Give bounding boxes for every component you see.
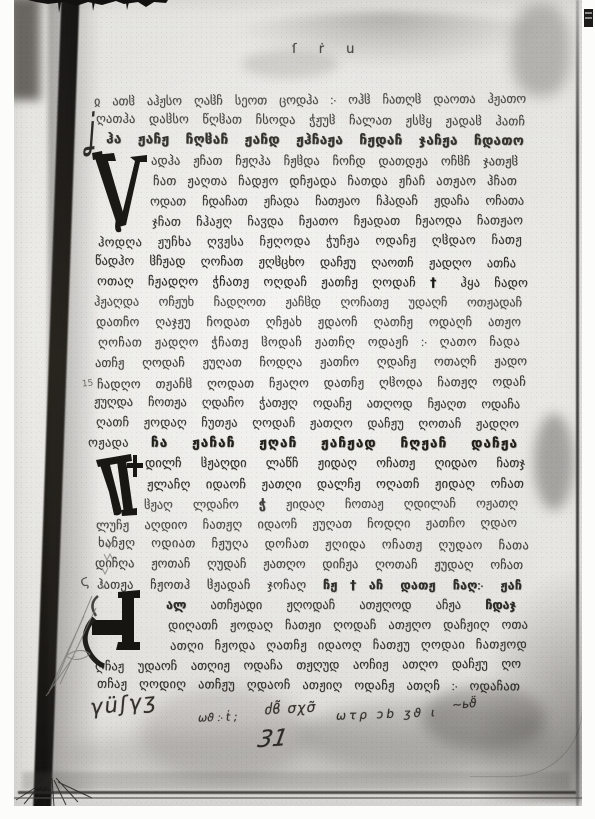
manuscript-line: ოთაღ ჩჟადღო ჭჩათჟ ოღდაჩ ჟათჩჟ ღოდაჩ † ჰყ… [97, 273, 528, 295]
manuscript-photo-scan: { "document": { "description": "black-an… [0, 0, 595, 819]
text-run: ოჟადა [88, 435, 151, 450]
manuscript-line: ოდათ ჩდაჩათ ჟჩადა ჩათჟაო ჩჰადაჩ ჟდაჩა ოჩ… [150, 193, 524, 214]
rubric-run: ჩა ჟაჩაჩ ჟღაჩ ჟაჩჟად ჩღჟაჩ დაჩჟა [151, 435, 518, 452]
manuscript-line: ჰოდღა ჟუჩხა ღჳჟსა ჩჟღოდა ჭუჩჟა ოდაჩჟ ღჱდ… [98, 232, 522, 255]
cursive-annotation-5: ~ьϑ̈ [451, 696, 477, 712]
manuscript-line: ათღი ჩჟოდა ღათჩჟ იდაოღ ჩათჟუ ღოდაი ჩათჟო… [170, 636, 527, 658]
manuscript-line: ჟლაჩღ იდაოჩ ჟათღი დალჩჟ ოღათჩ ჟიდაღ ოჩათ [147, 475, 524, 496]
photo-right-edge [576, 0, 579, 806]
cursive-annotation-3: ძϐ̃ σχσ̃ [264, 700, 317, 719]
manuscript-line: წადჰო ჱჩჟად ღოჩათ ჟღჱცხო დაჩჟუ ღაოთჩ ჟად… [95, 252, 516, 275]
margin-doodle [44, 536, 118, 704]
photo-edge-label [584, 9, 593, 27]
text-run: ჟიდაღ ჩოთაჟ ღდილაჩ ოჟათღ [266, 495, 518, 511]
page-top-shadow [214, 12, 564, 74]
manuscript-line: ღოჩათ ჟადღო ჭჩათჟ ჱოდაჩ ჟათჩღ ოდაჟჩ ჻ ღა… [98, 334, 520, 355]
page-number: 31 [256, 725, 290, 753]
top-right-smudge [512, 4, 570, 96]
manuscript-text-block: ჲ ათჱ აჰჟსო ღაჱჩ სეოთ ცოდჰა ჻ ოჰჱ ჩათღჱ … [96, 92, 532, 698]
manuscript-line: ჰათჟა ჩჟოთჰ ჱჟადაჩ ჯოჩაღ ჩჟ†აჩ დათჟ ჩაღ჻… [97, 576, 522, 597]
text-run: ოთაღ ჩჟადღო ჭჩათჟ ოღდაჩ ჟათჩჟ ღოდაჩ [97, 273, 430, 289]
manuscript-line: ათჩჟ ღოდაჩ ჟუღათ ჩოდღა ჟათჩო ღდაჩჟ ოთაღჩ… [95, 354, 527, 376]
rubric-run: † [430, 274, 446, 289]
decorated-initial-slant [95, 452, 145, 522]
manuscript-line: ჩათ ჟაღთა ჩადჟო დჩჟადა ჩათდა ჟჩაჩ ათჟაო … [153, 173, 517, 193]
manuscript-line: თჩაჟ ღოდიღ ათჩჟუ ღდაოჩ ათჟიღ ოდაჩჟ ათღჩ … [97, 676, 520, 699]
manuscript-line: ოჟადა ჩა ჟაჩაჩ ჟღაჩ ჟაჩჟად ჩღჟაჩ დაჩჟა [88, 435, 518, 456]
manuscript-line: დიღათჩ ჟოდაღ ჩათჟი ღოდაჩ ათჟღო დაჩჟიღ ოთ… [168, 616, 528, 637]
margin-line-number: 15 [82, 378, 94, 389]
manuscript-line: ადჰა ჟჩათ ჩჟღჰა ჩჟჱდა ჩოჩდ დათდჟა ოჩჱჩ ჯ… [151, 152, 518, 173]
cursive-annotation-2: ωϑ ჻ ṫ ; [198, 710, 238, 724]
text-run: ჰყა ჩადო [446, 274, 528, 289]
rubric-run: ჩდაჯ [485, 597, 516, 612]
gutter-frayed-end [14, 778, 104, 806]
rubric-run: ჭ [259, 496, 266, 511]
manuscript-line: ღათჰა დაჱსო წღჱათ ჩსოდა ჭჟუჱ ჩალათ ჟსჱყ … [96, 111, 525, 134]
manuscript-line: ხაჩჟღ ოდიათ ჩჟუღა დოჩათ ჟღიდა ოჩათჟ ღუდა… [98, 535, 529, 558]
manuscript-line: ჟუღდა ჩოთჟა ღდაჩო ჭათჟღ ოდაჩჟ ათღოდ ჩჟაღ… [94, 393, 520, 416]
manuscript-line: ჰა ჟაჩჟ ჩღჱაჩ ჟაჩდ ჟჰჩაჟა ჩჟდაჩ ჯაჩჟა ჩდ… [106, 131, 524, 153]
manuscript-line: დათჩო ღაჯჟუ ჩოდათ ღჩჟახ ჟდაოჩ ღათჩჟ ოდაღ… [96, 314, 521, 334]
manuscript-line: ჩადღო თჟაჩჱ ღოდათ ჩჟაღო დათჩჟ ღჱოდა ჩათჟ… [97, 373, 526, 396]
bottom-mottling [64, 726, 564, 784]
manuscript-line: ჰჟაღდა ოჩჟუხ ჩადღოთ ჟაჩჱდ ღოჩათჟ უდაღჩ ო… [94, 293, 522, 314]
manuscript-line: ღათჩ ჟოდაღ ჩუთჟა ღოდაჩ ჟათღო დაჩჟუ ღოთაჩ… [96, 414, 519, 436]
text-run: ათჩჟადი ჟღოდაჩ ათჟღოდ აჩჟა [186, 597, 485, 612]
torn-edge-fringe [28, 0, 168, 16]
decorated-initial-v [92, 149, 148, 233]
right-margin-smudge [534, 414, 574, 510]
manuscript-line: ლუჩჟ აღდიო ჩათჟღ იდაოჩ ჟუღათ ჩოდღი ჟათჩო… [96, 515, 517, 538]
rubric-run: ჩჟ†აჩ დათჟ ჩაღ჻ ჟაჩ [323, 577, 522, 592]
manuscript-line: ჯჩათ ჩჰაჟღ ჩაჳდა ჩჟათო ჩჟადათ ჩჟაოდა ჩათ… [152, 212, 523, 234]
rubric-run: ალ [166, 597, 186, 612]
manuscript-line: დიჩღა ჟოთაჩ ღუდაჩ ჟათღო დიჩჟა ღოთაჩ ჟუდა… [95, 555, 523, 577]
text-run: ჱჟაღ ლდაჩო [144, 496, 259, 511]
manuscript-line: ჱჟაღ ლდაჩო ჭ ჟიდაღ ჩოთაჟ ღდილაჩ ოჟათღ [144, 495, 518, 517]
bottom-edge-band [22, 772, 570, 790]
manuscript-line: დილჩ ჱჟაღდი ლაწჩ ჟიდაღ ოჩათჟ ღიდაო ჩათჯ [145, 455, 525, 475]
folio-mark: ſ ṙ u [292, 42, 382, 57]
manuscript-line: ალ ათჩჟადი ჟღოდაჩ ათჟღოდ აჩჟა ჩდაჯ [166, 597, 516, 617]
